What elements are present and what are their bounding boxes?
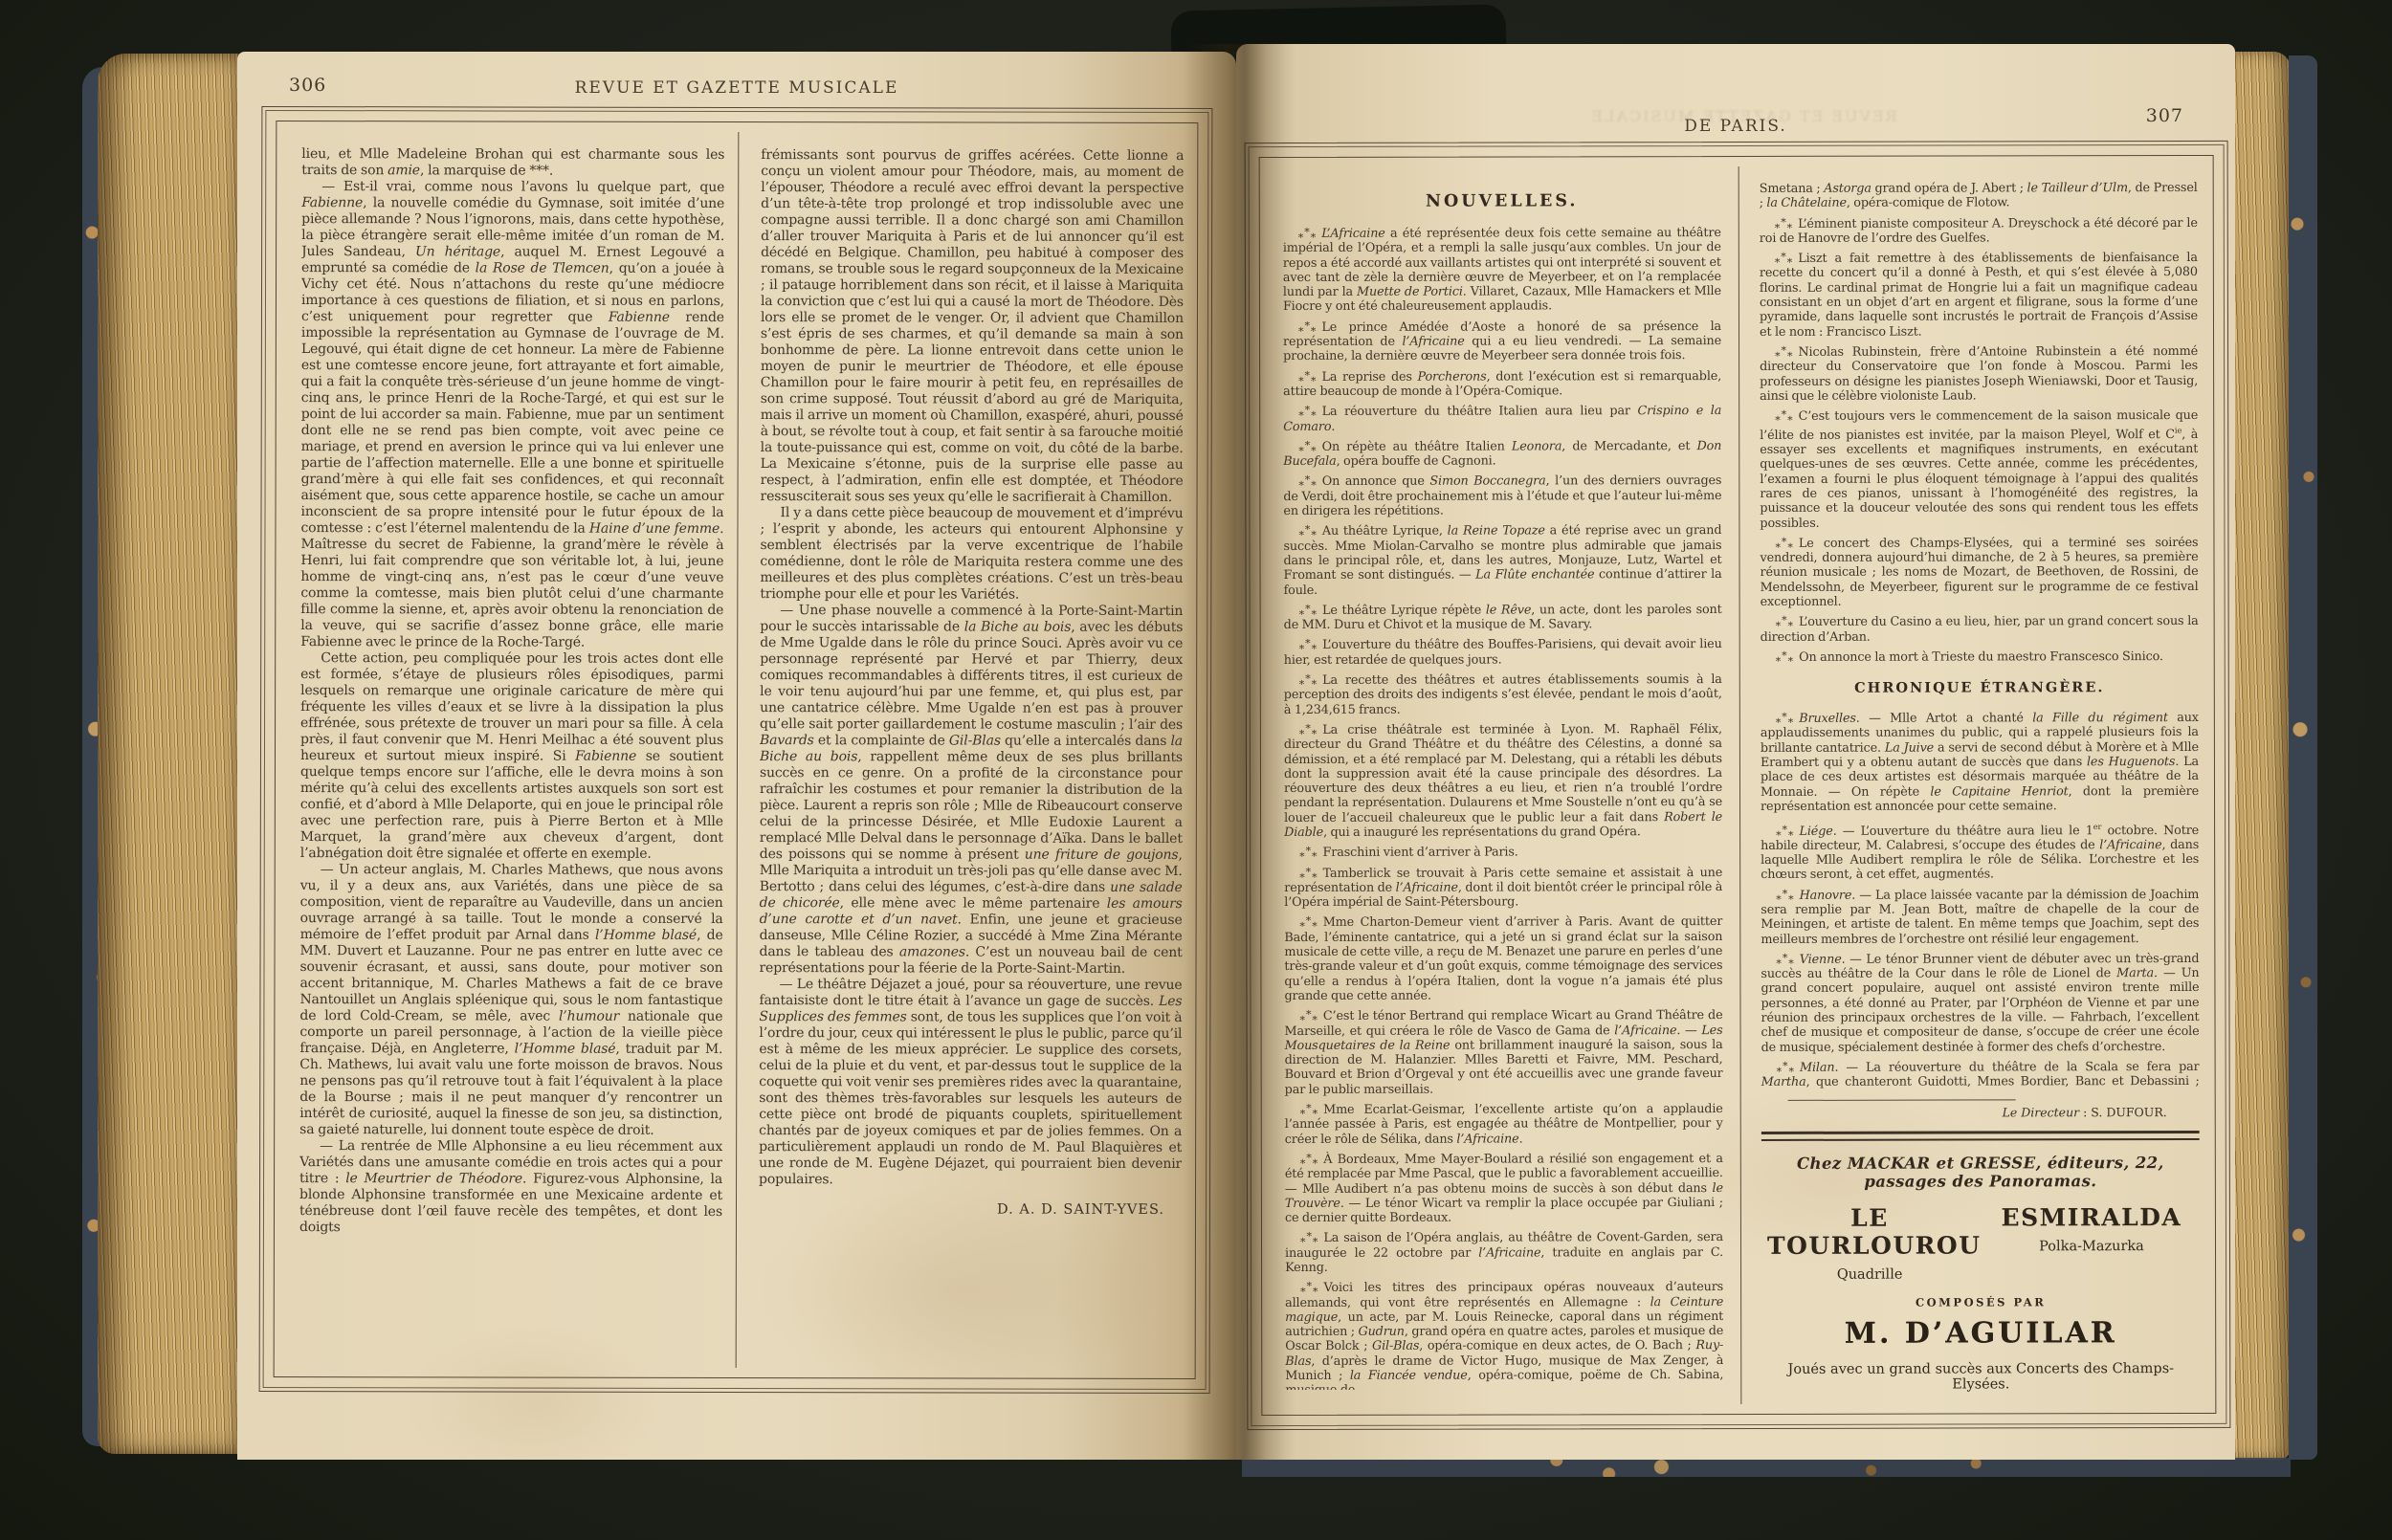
asterism-icon: ** * [1775,254,1793,266]
right-page-column-1: NOUVELLES. ** *L’Africaine a été représe… [1283,182,1724,1390]
asterism-icon: ** * [1299,1012,1318,1023]
news-item: ** *Le théâtre Lyrique répète le Rêve, u… [1284,603,1722,633]
paragraph: — Le théâtre Déjazet a joué, pour sa réo… [759,977,1182,1189]
paragraph-text: L’éminent pianiste compositeur A. Dreysc… [1760,216,2198,246]
chronique-item: ** *Milan. — La réouverture du théâtre d… [1761,1060,2200,1089]
paragraph-text: Mme Charton-Demeur vient d’arriver à Par… [1284,915,1722,1003]
asterism-icon: ** * [1298,443,1317,454]
asterism-icon: ** * [1776,715,1794,726]
paragraph-text: La saison de l’Opéra anglais, au théâtre… [1285,1230,1723,1275]
paragraph-text: Smetana ; Astorga grand opéra de J. Aber… [1760,181,2198,210]
column-divider-left-page [736,132,740,1368]
paragraph-text: Tamberlick se trouvait à Paris cette sem… [1284,866,1722,911]
paragraph-text: Fraschini vient d’arriver à Paris. [1323,846,1518,860]
news-item: ** *Le concert des Champs-Elysées, qui a… [1760,536,2198,609]
news-item: ** *On annonce la mort à Trieste du maes… [1761,649,2199,665]
column-divider-right-page [1739,166,1742,1404]
ad-sub-polka: Polka-Mazurka [1989,1239,2194,1254]
asterism-icon: ** * [1298,323,1317,335]
right-page-frame: NOUVELLES. ** *L’Africaine a été représe… [1245,141,2231,1430]
left-frame-inner: lieu, et Mlle Madeleine Brohan qui est c… [274,121,1199,1379]
page-number-right: 307 [2146,105,2183,126]
marbled-cover-edge-right [2289,55,2317,1460]
running-head-left: REVUE ET GAZETTE MUSICALE [237,78,1236,98]
paragraph-text: lieu, et Mlle Madeleine Brohan qui est c… [301,146,724,179]
paragraph-text: L’ouverture du Casino a eu lieu, hier, p… [1761,614,2199,644]
paragraph-text: On annonce que Simon Boccanegra, l’un de… [1283,473,1721,518]
asterism-icon: ** * [1777,1064,1795,1075]
news-item: ** *Tamberlick se trouvait à Paris cette… [1284,866,1722,911]
news-item: ** *La recette des théâtres et autres ét… [1284,672,1722,717]
paragraph: — Une phase nouvelle a commencé à la Por… [760,603,1184,978]
asterism-icon: ** * [1299,918,1318,930]
composer-name: M. D’AGUILAR [1761,1316,2200,1351]
chronique-item: ** *Liége. — L’ouverture du théâtre aura… [1761,819,2199,882]
asterism-icon: ** * [1776,956,1794,967]
chronique-heading: CHRONIQUE ÉTRANGÈRE. [1761,679,2199,696]
news-item: ** *À Bordeaux, Mme Mayer-Boulard a rési… [1285,1152,1723,1225]
paragraph-text: Vienne. — Le ténor Brunner vient de débu… [1761,952,2199,1055]
chronique-item: ** *Bruxelles. — Mlle Artot a chanté la … [1761,711,2199,814]
paragraph-text: Milan. — La réouverture du théâtre de la… [1761,1060,2200,1089]
news-item: ** *La réouverture du théâtre Italien au… [1283,404,1721,434]
asterism-icon: ** * [1299,726,1318,737]
paragraph-continuation: frémissants sont pourvus de griffes acér… [761,147,1185,506]
left-page-frame: lieu, et Mlle Madeleine Brohan qui est c… [259,106,1213,1394]
news-item: ** *Voici les titres des principaux opér… [1285,1280,1723,1390]
director-line: Le Directeur : S. DUFOUR. [1761,1097,2200,1120]
paragraph-text: L’ouverture du théâtre des Bouffes-Paris… [1284,637,1722,667]
asterism-icon: ** * [1299,848,1318,860]
asterism-icon: ** * [1298,527,1317,539]
paragraph-text: C’est le ténor Bertrand qui remplace Wic… [1285,1008,1723,1096]
composed-by-label: COMPOSÉS PAR [1761,1295,2200,1309]
paragraph-text: Le concert des Champs-Elysées, qui a ter… [1760,536,2198,609]
nouvelles-items-continued: Smetana ; Astorga grand opéra de J. Aber… [1760,181,2199,665]
news-item: ** *L’Africaine a été représentée deux f… [1283,226,1721,315]
paragraph-text: La réouverture du théâtre Italien aura l… [1283,404,1721,433]
asterism-icon: ** * [1775,412,1793,424]
paragraph-continuation: Smetana ; Astorga grand opéra de J. Aber… [1760,181,2198,211]
paragraph-text: Cette action, peu compliquée pour les tr… [300,650,723,862]
paragraph-text: L’Africaine a été représentée deux fois … [1283,226,1721,314]
paragraph-text: On annonce la mort à Trieste du maestro … [1799,649,2163,665]
asterism-icon: ** * [1299,676,1318,688]
paragraph-text: La crise théâtrale est terminée à Lyon. … [1284,722,1722,840]
publisher-line: Chez MACKAR et GRESSE, éditeurs, 22, pas… [1761,1154,2200,1191]
news-item: ** *Au théâtre Lyrique, la Reine Topaze … [1283,523,1721,597]
asterism-icon: ** * [1299,869,1318,880]
asterism-icon: ** * [1300,1284,1318,1295]
asterism-icon: ** * [1775,348,1793,360]
paragraph-text: — La rentrée de Mlle Alphonsine a eu lie… [299,1138,722,1235]
asterism-icon: ** * [1775,539,1793,551]
advertisement: Chez MACKAR et GRESSE, éditeurs, 22, pas… [1761,1146,2201,1393]
nouvelles-heading: NOUVELLES. [1283,191,1721,211]
paragraph-text: À Bordeaux, Mme Mayer-Boulard a résilié … [1285,1152,1723,1225]
ad-sub-quadrille: Quadrille [1767,1266,1972,1282]
news-item: ** *La crise théâtrale est terminée à Ly… [1284,722,1722,840]
asterism-icon: ** * [1776,826,1794,838]
paragraph-text: — Un acteur anglais, M. Charles Mathews,… [299,862,723,1138]
right-page: REVUE ET GAZETTE MUSICALE DE PARIS. 307 … [1236,44,2235,1460]
paragraph-text: Voici les titres des principaux opéras n… [1285,1280,1723,1390]
asterism-icon: ** * [1299,641,1318,652]
running-head-right: DE PARIS. [1236,117,2235,136]
asterism-icon: ** * [1776,653,1794,665]
paragraph: Il y a dans cette pièce beaucoup de mouv… [760,505,1183,604]
nouvelles-items: ** *L’Africaine a été représentée deux f… [1283,226,1724,1390]
news-item: ** *Le prince Amédée d’Aoste a honoré de… [1283,319,1721,364]
news-item: ** *Nicolas Rubinstein, frère d’Antoine … [1760,344,2198,404]
asterism-icon: ** * [1300,1155,1318,1167]
news-item: ** *L’ouverture du théâtre des Bouffes-P… [1284,637,1722,668]
paragraph-continuation: lieu, et Mlle Madeleine Brohan qui est c… [301,146,724,180]
paragraph-text: Il y a dans cette pièce beaucoup de mouv… [760,505,1183,603]
news-item: ** *L’éminent pianiste compositeur A. Dr… [1760,216,2198,247]
paragraph-text: Mme Ecarlat-Geismar, l’excellente artist… [1285,1102,1723,1147]
asterism-icon: ** * [1298,407,1317,419]
paragraph-text: Hanovre. — La place laissée vacante par … [1761,888,2199,947]
paragraph-text: Liége. — L’ouverture du théâtre aura lie… [1761,824,2199,883]
ad-tagline: Joués avec un grand succès aux Concerts … [1761,1361,2200,1393]
ad-right-cell: ESMIRALDA Polka-Mazurka [1989,1203,2194,1282]
heavy-rule [1761,1131,2200,1141]
news-item: ** *Mme Charton-Demeur vient d’arriver à… [1284,915,1722,1004]
asterism-icon: ** * [1300,1106,1318,1117]
asterism-icon: ** * [1776,618,1794,629]
paragraph: — La rentrée de Mlle Alphonsine a eu lie… [299,1138,722,1237]
feuilleton-column-2: frémissants sont pourvus de griffes acér… [759,147,1184,1189]
marbled-fore-edge-bottom [1242,1458,2291,1477]
news-item: ** *On annonce que Simon Boccanegra, l’u… [1283,473,1721,518]
news-item: ** *Liszt a fait remettre à des établiss… [1760,251,2198,340]
paragraph-text: Le prince Amédée d’Aoste a honoré de sa … [1283,319,1721,364]
left-page-column-1: lieu, et Mlle Madeleine Brohan qui est c… [299,146,725,1351]
asterism-icon: ** * [1299,606,1318,618]
news-item: ** *La saison de l’Opéra anglais, au thé… [1285,1230,1723,1275]
news-item: ** *C’est le ténor Bertrand qui remplace… [1284,1008,1722,1097]
news-item: ** *Fraschini vient d’arriver à Paris. [1284,845,1722,860]
asterism-icon: ** * [1776,891,1794,903]
asterism-icon: ** * [1775,219,1793,231]
paragraph-text: Nicolas Rubinstein, frère d’Antoine Rubi… [1760,344,2198,404]
paragraph-text: frémissants sont pourvus de griffes acér… [761,147,1185,505]
ad-title-esmiralda: ESMIRALDA [1989,1203,2194,1231]
paragraph-text: Au théâtre Lyrique, la Reine Topaze a ét… [1283,523,1721,597]
asterism-icon: ** * [1298,477,1317,489]
paragraph-text: La recette des théâtres et autres établi… [1284,672,1722,717]
news-item: ** *La reprise des Porcherons, dont l’ex… [1283,369,1721,400]
paragraph-text: C’est toujours vers le commencement de l… [1760,408,2198,530]
paragraph-text: Liszt a fait remettre à des établissemen… [1760,251,2198,339]
author-signature: D. A. D. SAINT-YVES. [759,1201,1182,1218]
paragraph-text: — Le théâtre Déjazet a joué, pour sa réo… [759,977,1182,1187]
paragraph: — Un acteur anglais, M. Charles Mathews,… [299,862,723,1139]
asterism-icon: ** * [1300,1234,1318,1245]
paragraph-text: La reprise des Porcherons, dont l’exécut… [1283,369,1721,399]
paragraph-text: On répète au théâtre Italien Leonora, de… [1283,439,1721,469]
chronique-item: ** *Hanovre. — La place laissée vacante … [1761,888,2199,947]
left-page: 306 REVUE ET GAZETTE MUSICALE lieu, et M… [237,52,1236,1460]
chronique-item: ** *Vienne. — Le ténor Brunner vient de … [1761,952,2199,1055]
page-block-edge-left [98,54,241,1454]
asterism-icon: ** * [1298,373,1317,385]
news-item: ** *Mme Ecarlat-Geismar, l’excellente ar… [1285,1102,1723,1147]
chronique-items: ** *Bruxelles. — Mlle Artot a chanté la … [1761,705,2200,1089]
left-page-column-2: frémissants sont pourvus de griffes acér… [759,147,1185,1352]
news-item: ** *On répète au théâtre Italien Leonora… [1283,439,1721,470]
ad-left-cell: LE TOURLOUROU Quadrille [1767,1203,1972,1282]
paragraph-text: — Est-il vrai, comme nous l’avons lu que… [300,179,724,650]
right-page-column-2: Smetana ; Astorga grand opéra de J. Aber… [1760,181,2201,1393]
paragraph: Cette action, peu compliquée pour les tr… [300,650,723,863]
ad-title-tourlourou: LE TOURLOUROU [1767,1203,1972,1259]
paragraph: — Est-il vrai, comme nous l’avons lu que… [300,179,724,651]
news-item: ** *C’est toujours vers le commencement … [1760,408,2198,531]
page-block-edge-right [2233,52,2291,1460]
paragraph-text: — Une phase nouvelle a commencé à la Por… [760,603,1184,977]
asterism-icon: ** * [1298,230,1317,241]
ad-titles-row: LE TOURLOUROU Quadrille ESMIRALDA Polka-… [1761,1203,2200,1283]
book-scan: 306 REVUE ET GAZETTE MUSICALE lieu, et M… [0,0,2392,1540]
right-frame-inner: NOUVELLES. ** *L’Africaine a été représe… [1259,155,2217,1416]
paragraph-text: Le théâtre Lyrique répète le Rêve, un ac… [1284,603,1722,632]
paragraph-text: Bruxelles. — Mlle Artot a chanté la Fill… [1761,711,2199,814]
news-item: ** *L’ouverture du Casino a eu lieu, hie… [1761,614,2199,645]
feuilleton-column-1: lieu, et Mlle Madeleine Brohan qui est c… [299,146,724,1237]
